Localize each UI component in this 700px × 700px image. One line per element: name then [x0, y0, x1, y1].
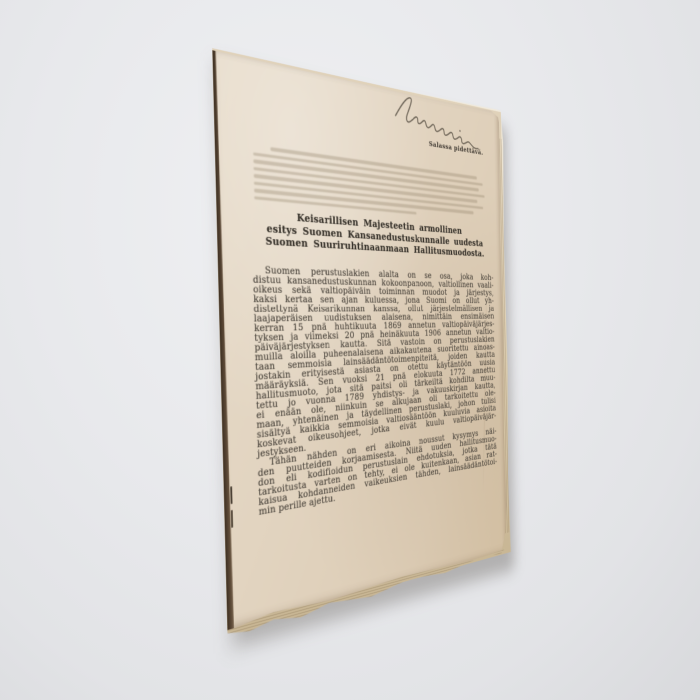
- show-through-text: [253, 145, 489, 222]
- page-content: Salassa pidettävä. Keisarillisen Majeste…: [212, 50, 507, 630]
- document-body: Suomen perustuslakien alalta on se osa, …: [253, 266, 498, 518]
- photo-background: { "photo": { "background_color": "#e8e9e…: [0, 0, 700, 700]
- booklet-front-page: Salassa pidettävä. Keisarillisen Majeste…: [212, 50, 507, 630]
- paragraph: Suomen perustuslakien alalta on se osa, …: [253, 266, 497, 460]
